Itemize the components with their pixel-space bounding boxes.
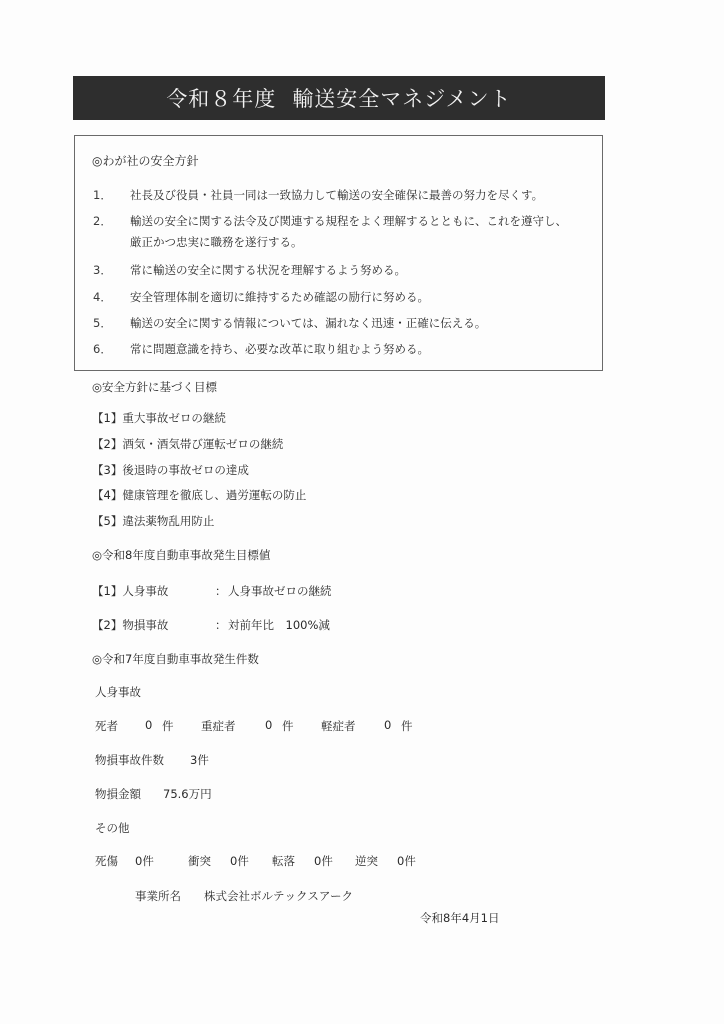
policy-heading: ◎わが社の安全方針 <box>92 152 198 169</box>
target-label: 【1】人身事故 <box>92 583 168 599</box>
policy-item-number: 1． <box>93 187 112 203</box>
targets-heading: ◎令和8年度自動車事故発生目標値 <box>92 547 270 563</box>
policy-item-text: 社長及び役員・社員一同は一致協力して輸送の安全確保に最善の努力を尽くす。 <box>130 187 543 203</box>
injury-count-serious: 0 <box>265 718 272 732</box>
policy-item-text: 安全管理体制を適切に維持するため確認の励行に努める。 <box>130 289 429 305</box>
document-page: 令和８年度 輸送安全マネジメント ◎わが社の安全方針 1． 社長及び役員・社員一… <box>0 0 724 1024</box>
goal-item: 【2】酒気・酒気帯び運転ゼロの継続 <box>92 436 283 452</box>
other-heading: その他 <box>95 820 130 836</box>
policy-item-text: 常に問題意識を持ち、必要な改革に取り組むよう努める。 <box>130 341 429 357</box>
policy-item-number: 3． <box>93 262 112 278</box>
property-amount-value: 75.6万円 <box>163 786 212 802</box>
title-banner: 令和８年度 輸送安全マネジメント <box>73 76 605 120</box>
policy-item-number: 5． <box>93 315 112 331</box>
other-value-casualty: 0件 <box>135 853 154 869</box>
injury-label-minor: 軽症者 <box>321 718 356 734</box>
other-label-collision: 衝突 <box>188 853 211 869</box>
office-name: 株式会社ボルテックスアーク <box>204 888 353 904</box>
target-value: 対前年比 100%減 <box>228 617 330 633</box>
safety-policy-box <box>74 135 603 371</box>
goal-item: 【3】後退時の事故ゼロの達成 <box>92 462 249 478</box>
property-count-label: 物損事故件数 <box>95 752 164 768</box>
property-amount-label: 物損金額 <box>95 786 141 802</box>
target-separator: ： <box>215 583 227 599</box>
goal-item: 【1】重大事故ゼロの継続 <box>92 410 226 426</box>
policy-item-text: 常に輸送の安全に関する状況を理解するよう努める。 <box>130 262 406 278</box>
other-value-fall: 0件 <box>314 853 333 869</box>
injury-unit: 件 <box>282 718 294 734</box>
injury-count-deaths: 0 <box>145 718 152 732</box>
issue-date: 令和8年4月1日 <box>420 910 499 926</box>
other-label-casualty: 死傷 <box>95 853 118 869</box>
title-year: 令和８年度 <box>166 83 276 113</box>
other-label-reverse: 逆突 <box>355 853 378 869</box>
target-label: 【2】物損事故 <box>92 617 168 633</box>
title-main: 輸送安全マネジメント <box>292 83 511 113</box>
office-label: 事業所名 <box>135 888 181 904</box>
policy-item-text-continued: 厳正かつ忠実に職務を遂行する。 <box>130 234 303 250</box>
injury-label-deaths: 死者 <box>95 718 118 734</box>
policy-item-number: 6． <box>93 341 112 357</box>
target-value: 人身事故ゼロの継続 <box>228 583 332 599</box>
goals-heading: ◎安全方針に基づく目標 <box>92 379 217 395</box>
injury-heading: 人身事故 <box>95 684 141 700</box>
injury-label-serious: 重症者 <box>201 718 236 734</box>
injury-unit: 件 <box>401 718 413 734</box>
target-separator: ： <box>215 617 227 633</box>
injury-count-minor: 0 <box>384 718 391 732</box>
goal-item: 【4】健康管理を徹底し、過労運転の防止 <box>92 487 306 503</box>
other-value-collision: 0件 <box>230 853 249 869</box>
other-label-fall: 転落 <box>272 853 295 869</box>
policy-item-number: 2． <box>93 213 112 229</box>
goal-item: 【5】違法薬物乱用防止 <box>92 513 214 529</box>
policy-item-text: 輸送の安全に関する情報については、漏れなく迅速・正確に伝える。 <box>130 315 486 331</box>
policy-item-text: 輸送の安全に関する法令及び関連する規程をよく理解するとともに、これを遵守し、 <box>130 213 567 229</box>
other-value-reverse: 0件 <box>397 853 416 869</box>
property-count-value: 3件 <box>190 752 209 768</box>
policy-item-number: 4． <box>93 289 112 305</box>
results-heading: ◎令和7年度自動車事故発生件数 <box>92 651 259 667</box>
injury-unit: 件 <box>162 718 174 734</box>
